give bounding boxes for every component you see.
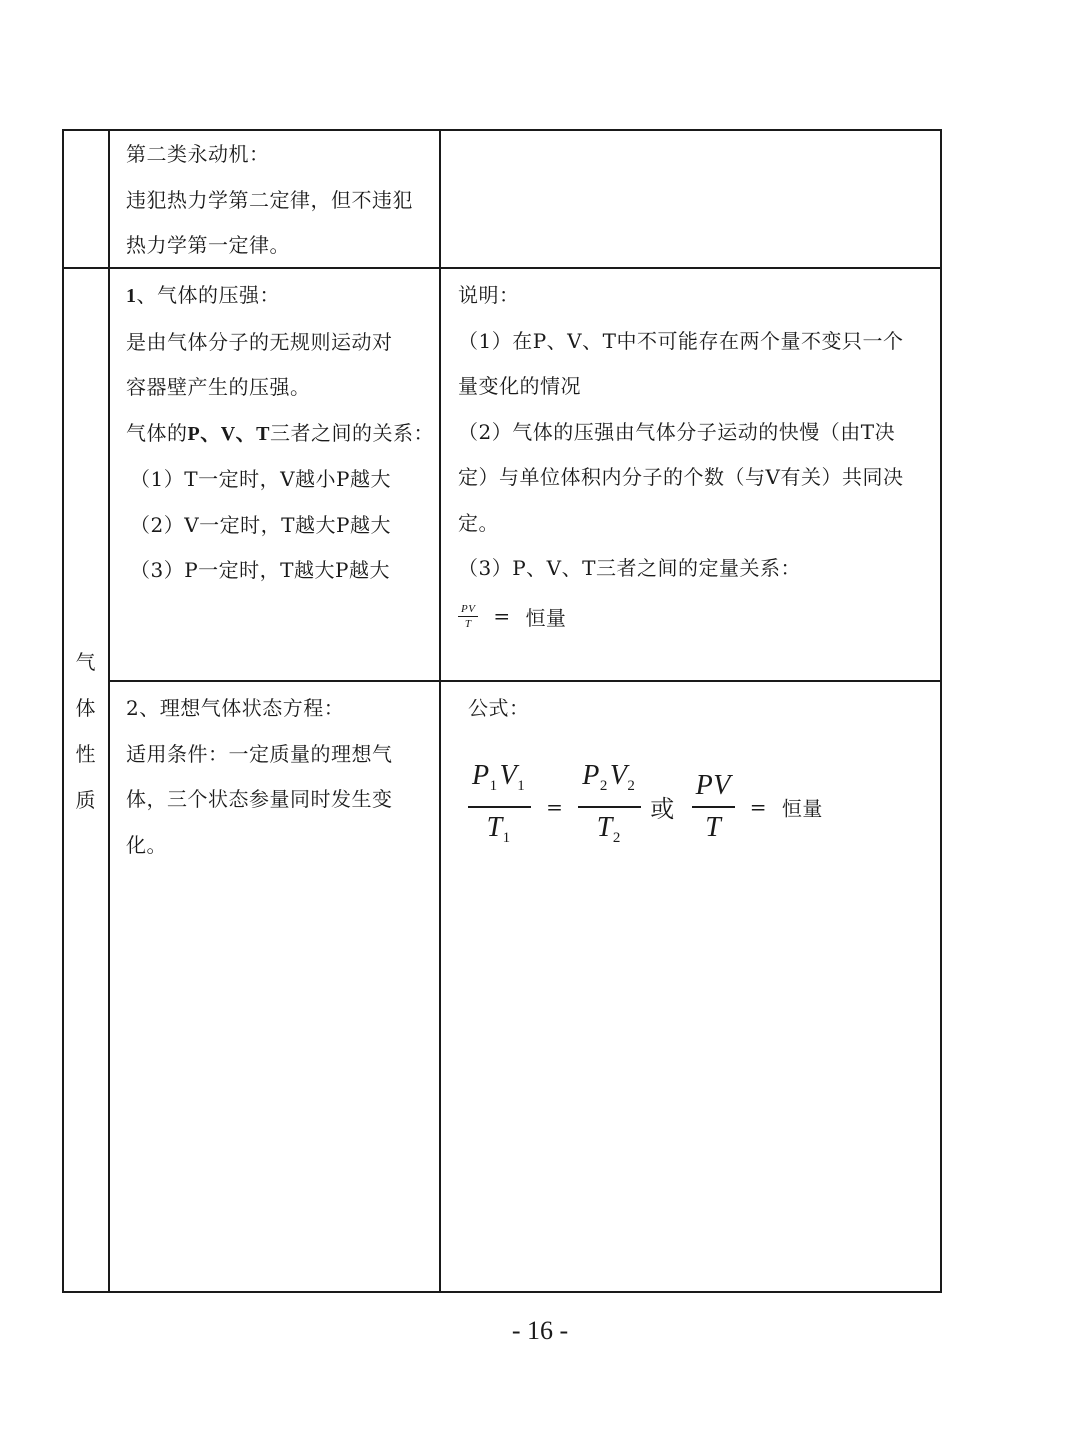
pvt-relation-heading: 气体的P、V、T三者之间的关系： [126, 411, 436, 458]
ideal-gas-formula: P1V1 T1 = P2V2 T2 或 PV T = 恒量 [468, 756, 936, 858]
text-line: 是由气体分子的无规则运动对 [126, 320, 436, 366]
fraction-general: PV T [692, 766, 735, 848]
list-item: （1）T一定时，V越小P越大 [126, 457, 436, 503]
text-line: 量变化的情况 [458, 364, 936, 410]
explanation-cell: 说明： （1）在P、V、T中不可能存在两个量不变只一个 量变化的情况 （2）气体… [458, 273, 936, 631]
fraction-state-1: P1V1 T1 [468, 756, 531, 858]
text-line: （2）气体的压强由气体分子运动的快慢（由T决 [458, 410, 936, 456]
table-border-top [62, 129, 942, 131]
text-line: （1）在P、V、T中不可能存在两个量不变只一个 [458, 319, 936, 365]
text-line: 违犯热力学第二定律，但不违犯 [126, 178, 436, 224]
list-item: （3）P一定时，T越大P越大 [126, 548, 436, 594]
section-heading: 1、气体的压强： [126, 273, 436, 320]
fraction-state-2: P2V2 T2 [578, 756, 641, 858]
section-heading: 说明： [458, 273, 936, 319]
table-border-bottom [62, 1291, 942, 1293]
column-divider-2 [439, 129, 441, 1293]
text-line: 化。 [126, 823, 436, 869]
pv-over-t-formula: PV T = 恒量 [458, 602, 936, 631]
row1-left-cell: 第二类永动机： 违犯热力学第二定律，但不违犯 热力学第一定律。 [126, 132, 436, 269]
notes-table: 第二类永动机： 违犯热力学第二定律，但不违犯 热力学第一定律。 气 体 性 质 … [62, 129, 942, 1293]
text-line: 第二类永动机： [126, 132, 436, 178]
section-heading: 2、理想气体状态方程： [126, 686, 436, 732]
section-heading: 公式： [468, 686, 936, 732]
fraction: PV T [458, 602, 478, 631]
page-number: - 16 - [0, 1316, 1080, 1346]
text-line: 适用条件：一定质量的理想气 [126, 732, 436, 778]
text-line: 定。 [458, 501, 936, 547]
text-line: 热力学第一定律。 [126, 223, 436, 269]
text-line: 定）与单位体积内分子的个数（与V有关）共同决 [458, 455, 936, 501]
list-item: （2）V一定时，T越大P越大 [126, 503, 436, 549]
row-divider-2 [108, 680, 942, 682]
formula-cell: 公式： P1V1 T1 = P2V2 T2 或 PV T = 恒量 [468, 686, 936, 858]
section-label-gas-properties: 气 体 性 质 [62, 639, 109, 823]
text-line: 容器壁产生的压强。 [126, 365, 436, 411]
text-line: （3）P、V、T三者之间的定量关系： [458, 546, 936, 592]
gas-pressure-cell: 1、气体的压强： 是由气体分子的无规则运动对 容器壁产生的压强。 气体的P、V、… [126, 273, 436, 594]
text-line: 体，三个状态参量同时发生变 [126, 777, 436, 823]
table-border-right [940, 129, 942, 1293]
ideal-gas-equation-cell: 2、理想气体状态方程： 适用条件：一定质量的理想气 体，三个状态参量同时发生变 … [126, 686, 436, 868]
